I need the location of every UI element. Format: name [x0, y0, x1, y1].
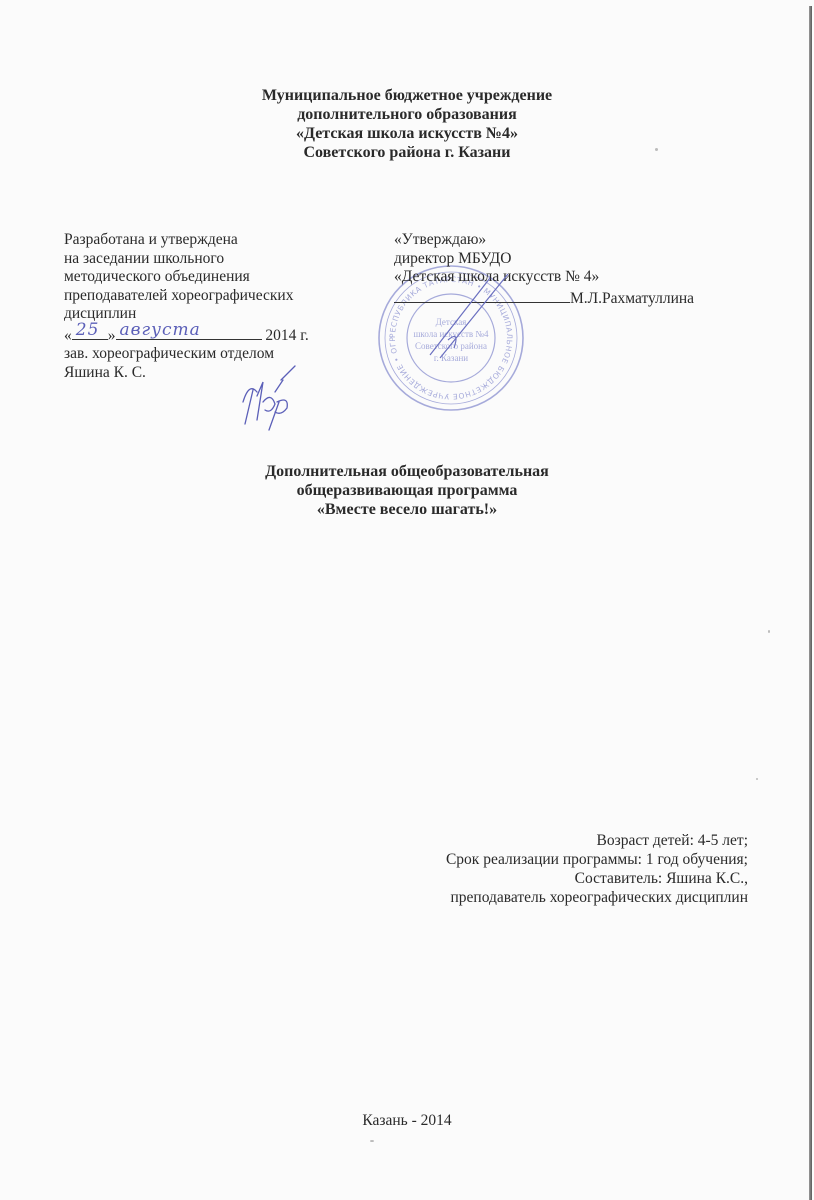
month-blank: августа [116, 324, 262, 340]
program-title: Дополнительная общеобразовательная общер… [0, 462, 814, 519]
header-line: Муниципальное бюджетное учреждение [0, 86, 814, 105]
program-title-line: Дополнительная общеобразовательная [0, 462, 814, 481]
program-title-line: «Вместе весело шагать!» [0, 500, 814, 519]
place-year-footer: Казань - 2014 [0, 1112, 814, 1130]
director-name: М.Л.Рахматуллина [570, 290, 694, 307]
program-title-line: общеразвивающая программа [0, 481, 814, 500]
header-line: Советского района г. Казани [0, 143, 814, 162]
header-line: «Детская школа искусств №4» [0, 124, 814, 143]
handwritten-month: августа [120, 321, 201, 340]
day-blank: 25 [72, 324, 108, 340]
scan-speck [370, 1140, 374, 1142]
approval-block-developed: Разработана и утверждена на заседании шк… [64, 231, 309, 382]
approval-line: директор МБУДО [394, 250, 694, 269]
scan-page-edge [809, 6, 812, 1200]
header-line: дополнительного образования [0, 105, 814, 124]
info-author: Составитель: Яшина К.С., [446, 869, 748, 888]
approval-date: «25»августа 2014 г. [64, 324, 309, 346]
approval-line: методического объединения [64, 268, 309, 287]
approval-line: «Утверждаю» [394, 231, 694, 250]
scan-speck [768, 630, 770, 633]
institution-header: Муниципальное бюджетное учреждение допол… [0, 86, 814, 162]
approval-line: на заседании школьного [64, 250, 309, 269]
info-age: Возраст детей: 4-5 лет; [446, 831, 748, 850]
info-author-role: преподаватель хореографических дисциплин [446, 888, 748, 907]
scan-speck [655, 148, 658, 151]
program-info: Возраст детей: 4-5 лет; Срок реализации … [446, 831, 748, 907]
approval-position: зав. хореографическим отделом [64, 345, 309, 364]
info-duration: Срок реализации программы: 1 год обучени… [446, 850, 748, 869]
scan-speck [756, 778, 758, 780]
approval-year: 2014 г. [265, 327, 308, 344]
handwritten-day: 25 [76, 321, 100, 340]
approval-line: Разработана и утверждена [64, 231, 309, 250]
director-signature-icon [420, 270, 530, 360]
head-signature-icon [235, 362, 305, 432]
approval-line: преподавателей хореографических [64, 287, 309, 306]
